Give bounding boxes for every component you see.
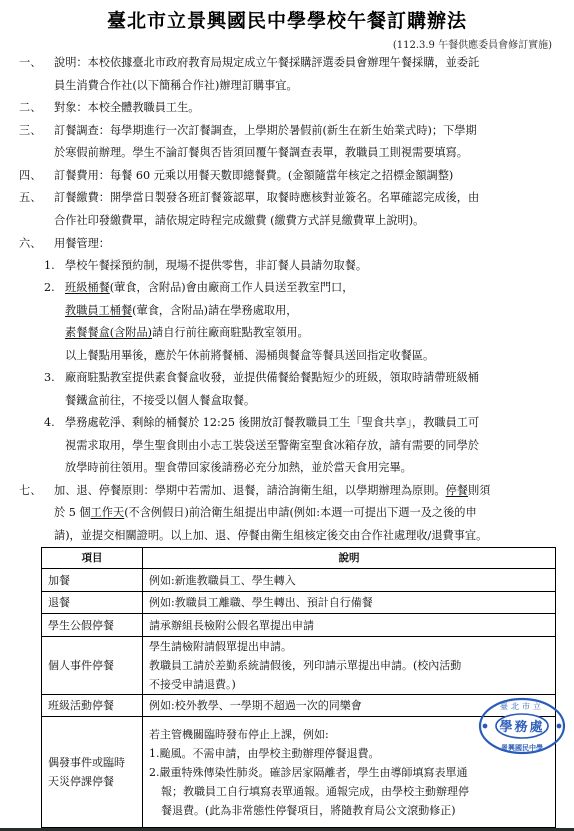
- row-item: 偶發事件或臨時 天災停課停餐: [42, 717, 143, 828]
- row-item: 退餐: [42, 592, 143, 614]
- row-item: 班級活動停餐: [42, 695, 143, 717]
- document-page: 臺北市立景興國民中學學校午餐訂購辦法 (112.3.9 午餐供應委員會修訂實施)…: [0, 0, 574, 828]
- item-text: 請自行前往廠商駐點教室領用。: [152, 326, 309, 339]
- table-row: 退餐 例如:教職員工離職、學生轉出、預計自行備餐: [42, 592, 556, 614]
- section-2: 二、對象：本校全體教職員工生。: [19, 97, 199, 120]
- section-text: 訂餐調查：每學期進行一次訂餐調查，上學期於暑假前(新生在新生始業式時)；下學期: [54, 124, 477, 137]
- desc-line: 2.嚴重特殊傳染性肺炎。確診居家隔離者，學生由導師填寫表單通: [149, 763, 549, 782]
- row-item: 個人事件停餐: [42, 637, 143, 695]
- table-row: 學生公假停餐 請承辦組長檢附公假名單提出申請: [42, 614, 556, 637]
- column-header-item: 項目: [42, 548, 143, 569]
- item-number: 1.: [44, 255, 65, 278]
- workday-label: 工作天: [91, 506, 125, 519]
- meal-item-2-line2: 教職員工桶餐(葷食，含附品)請在學務處取用，: [65, 300, 298, 323]
- desc-line: 不接受申請退費。): [149, 675, 549, 694]
- section-1-cont: 員生消費合作社(以下簡稱合作社)辦理訂購事宜。: [54, 75, 298, 98]
- column-header-description: 說明: [143, 548, 556, 569]
- item-text: (葷食，含附品)會由廠商工作人員送至教室門口，: [110, 281, 354, 294]
- item-text: 學校午餐採預約制，現場不提供零售，非訂餐人員請勿取餐。: [65, 259, 367, 272]
- meal-item-4-line3: 放學時前往領用。聖食帶回家後請務必充分加熱，並於當天食用完畢。: [65, 457, 412, 480]
- meal-item-3-line2: 餐鐵盒前往，不接受以個人餐盒取餐。: [65, 390, 255, 413]
- office-stamp-icon: 學務處 臺北市立 景興國民中學: [478, 697, 566, 755]
- table-header-row: 項目 說明: [42, 548, 556, 569]
- meal-item-3: 3.廠商駐點教室提供素食餐盒收發，並提供備餐給餐點短少的班級，領取時請帶班級桶: [44, 367, 479, 390]
- desc-line: 餐退費。(此為非常態性停餐項目，將隨教育局公文滾動修正): [149, 801, 549, 820]
- revision-note: (112.3.9 午餐供應委員會修訂實施): [393, 36, 552, 51]
- row-description: 請承辦組長檢附公假名單提出申請: [143, 614, 556, 637]
- item-text: 廠商駐點教室提供素食餐盒收發，並提供備餐給餐點短少的班級，領取時請帶班級桶: [65, 371, 479, 384]
- section-number: 四、: [19, 165, 54, 188]
- section-1: 一、說明：本校依據臺北市政府教育局規定成立午餐採購評選委員會辦理午餐採購，並委託: [19, 52, 479, 75]
- desc-line: 教職員工請於差勤系統請假後，列印請示單提出申請。(校內活動: [149, 656, 549, 675]
- section-6: 六、用餐管理：: [19, 233, 110, 256]
- section-7-line3: 請)，並提交相關證明。以上加、退、停餐由衛生組核定後交由合作社處理收/退費事宜。: [54, 525, 487, 548]
- table-row: 個人事件停餐 學生請檢附請假單提出申請。 教職員工請於差勤系統請假後，列印請示單…: [42, 637, 556, 695]
- stamp-center-text: 學務處: [498, 719, 544, 735]
- table-row: 加餐 例如:新進教職員工、學生轉入: [42, 569, 556, 592]
- staff-bucket-meal-label: 教職員工桶餐: [65, 304, 132, 317]
- stop-meal-label: 停餐: [446, 484, 468, 497]
- section-7: 七、加、退、停餐原則：學期中若需加、退餐，請洽詢衛生組，以學期辦理為原則。停餐則…: [19, 480, 490, 503]
- item-text: 學務處乾淨、剩餘的桶餐於 12:25 後開放訂餐教職員工生「聖食共享」，教職員工…: [65, 416, 479, 429]
- row-item: 加餐: [42, 569, 143, 592]
- section-text: 加、退、停餐原則：學期中若需加、退餐，請洽詢衛生組，以學期辦理為原則。: [54, 484, 446, 497]
- section-text: (不含例假日)前洽衛生組提出申請(例如:本週一可提出下週一及之後的申: [124, 506, 477, 519]
- meal-item-1: 1.學校午餐採預約制，現場不提供零售，非訂餐人員請勿取餐。: [44, 255, 367, 278]
- section-3: 三、訂餐調查：每學期進行一次訂餐調查，上學期於暑假前(新生在新生始業式時)；下學…: [19, 120, 477, 143]
- row-description: 例如:教職員工離職、學生轉出、預計自行備餐: [143, 592, 556, 614]
- section-number: 一、: [19, 52, 54, 75]
- desc-line: 學生請檢附請假單提出申請。: [149, 637, 549, 656]
- section-5: 五、訂餐繳費：開學當日製發各班訂餐簽認單，取餐時應核對並簽名。名單確認完成後，由: [19, 187, 479, 210]
- section-text: 說明：本校依據臺北市政府教育局規定成立午餐採購評選委員會辦理午餐採購，並委託: [54, 56, 479, 69]
- meal-item-4-line2: 視需求取用，學生聖食則由小志工裝袋送至警衛室聖食冰箱存放，請有需要的同學於: [65, 435, 479, 458]
- meal-item-2-line4: 以上餐點用畢後，應於午休前將餐桶、湯桶與餐盒等餐具送回指定收餐區。: [65, 345, 434, 368]
- section-text: 訂餐費用：每餐 60 元乘以用餐天數即總餐費。(金額隨當年核定之招標金額調整): [54, 169, 453, 182]
- desc-line: 報；教職員工自行填寫表單通報。通報完成，由學校主動辦理停: [149, 782, 549, 801]
- section-number: 五、: [19, 187, 54, 210]
- meal-change-table: 項目 說明 加餐 例如:新進教職員工、學生轉入 退餐 例如:教職員工離職、學生轉…: [41, 547, 556, 828]
- item-line: 偶發事件或臨時: [48, 753, 136, 772]
- document-title: 臺北市立景興國民中學學校午餐訂購辦法: [0, 6, 574, 33]
- row-description: 例如:新進教職員工、學生轉入: [143, 569, 556, 592]
- section-7-line2: 於 5 個工作天(不含例假日)前洽衛生組提出申請(例如:本週一可提出下週一及之後…: [54, 502, 477, 525]
- stamp-bottom-text: 景興國民中學: [501, 743, 543, 752]
- section-text: 則須: [468, 484, 490, 497]
- section-5-cont: 合作社印發繳費單，請依規定時程完成繳費 (繳費方式詳見繳費單上說明)。: [54, 210, 424, 233]
- class-bucket-meal-label: 班級桶餐: [65, 281, 110, 294]
- meal-item-2-line3: 素餐餐盒(含附品)請自行前往廠商駐點教室領用。: [65, 322, 309, 345]
- item-number: 4.: [44, 412, 65, 435]
- section-number: 二、: [19, 97, 54, 120]
- section-4: 四、訂餐費用：每餐 60 元乘以用餐天數即總餐費。(金額隨當年核定之招標金額調整…: [19, 165, 453, 188]
- section-number: 六、: [19, 233, 54, 256]
- section-text: 訂餐繳費：開學當日製發各班訂餐簽認單，取餐時應核對並簽名。名單確認完成後，由: [54, 191, 479, 204]
- section-text: 對象：本校全體教職員工生。: [54, 101, 199, 114]
- item-text: (葷食，含附品)請在學務處取用，: [132, 304, 297, 317]
- section-number: 七、: [19, 480, 54, 503]
- meal-item-4: 4.學務處乾淨、剩餘的桶餐於 12:25 後開放訂餐教職員工生「聖食共享」，教職…: [44, 412, 479, 435]
- stamp-top-text: 臺北市立: [500, 701, 544, 711]
- veg-box-label: 素餐餐盒(含附品): [65, 326, 152, 339]
- section-text: 於 5 個: [54, 506, 91, 519]
- section-number: 三、: [19, 120, 54, 143]
- item-number: 3.: [44, 367, 65, 390]
- item-number: 2.: [44, 277, 65, 300]
- row-item: 學生公假停餐: [42, 614, 143, 637]
- row-description: 學生請檢附請假單提出申請。 教職員工請於差勤系統請假後，列印請示單提出申請。(校…: [143, 637, 556, 695]
- section-3-cont: 於寒假前辦理。學生不論訂餐與否皆須回覆午餐調查表單，教職員工則視需要填寫。: [54, 142, 468, 165]
- section-text: 用餐管理：: [54, 237, 110, 250]
- meal-item-2: 2.班級桶餐(葷食，含附品)會由廠商工作人員送至教室門口，: [44, 277, 353, 300]
- item-line: 天災停課停餐: [48, 772, 136, 791]
